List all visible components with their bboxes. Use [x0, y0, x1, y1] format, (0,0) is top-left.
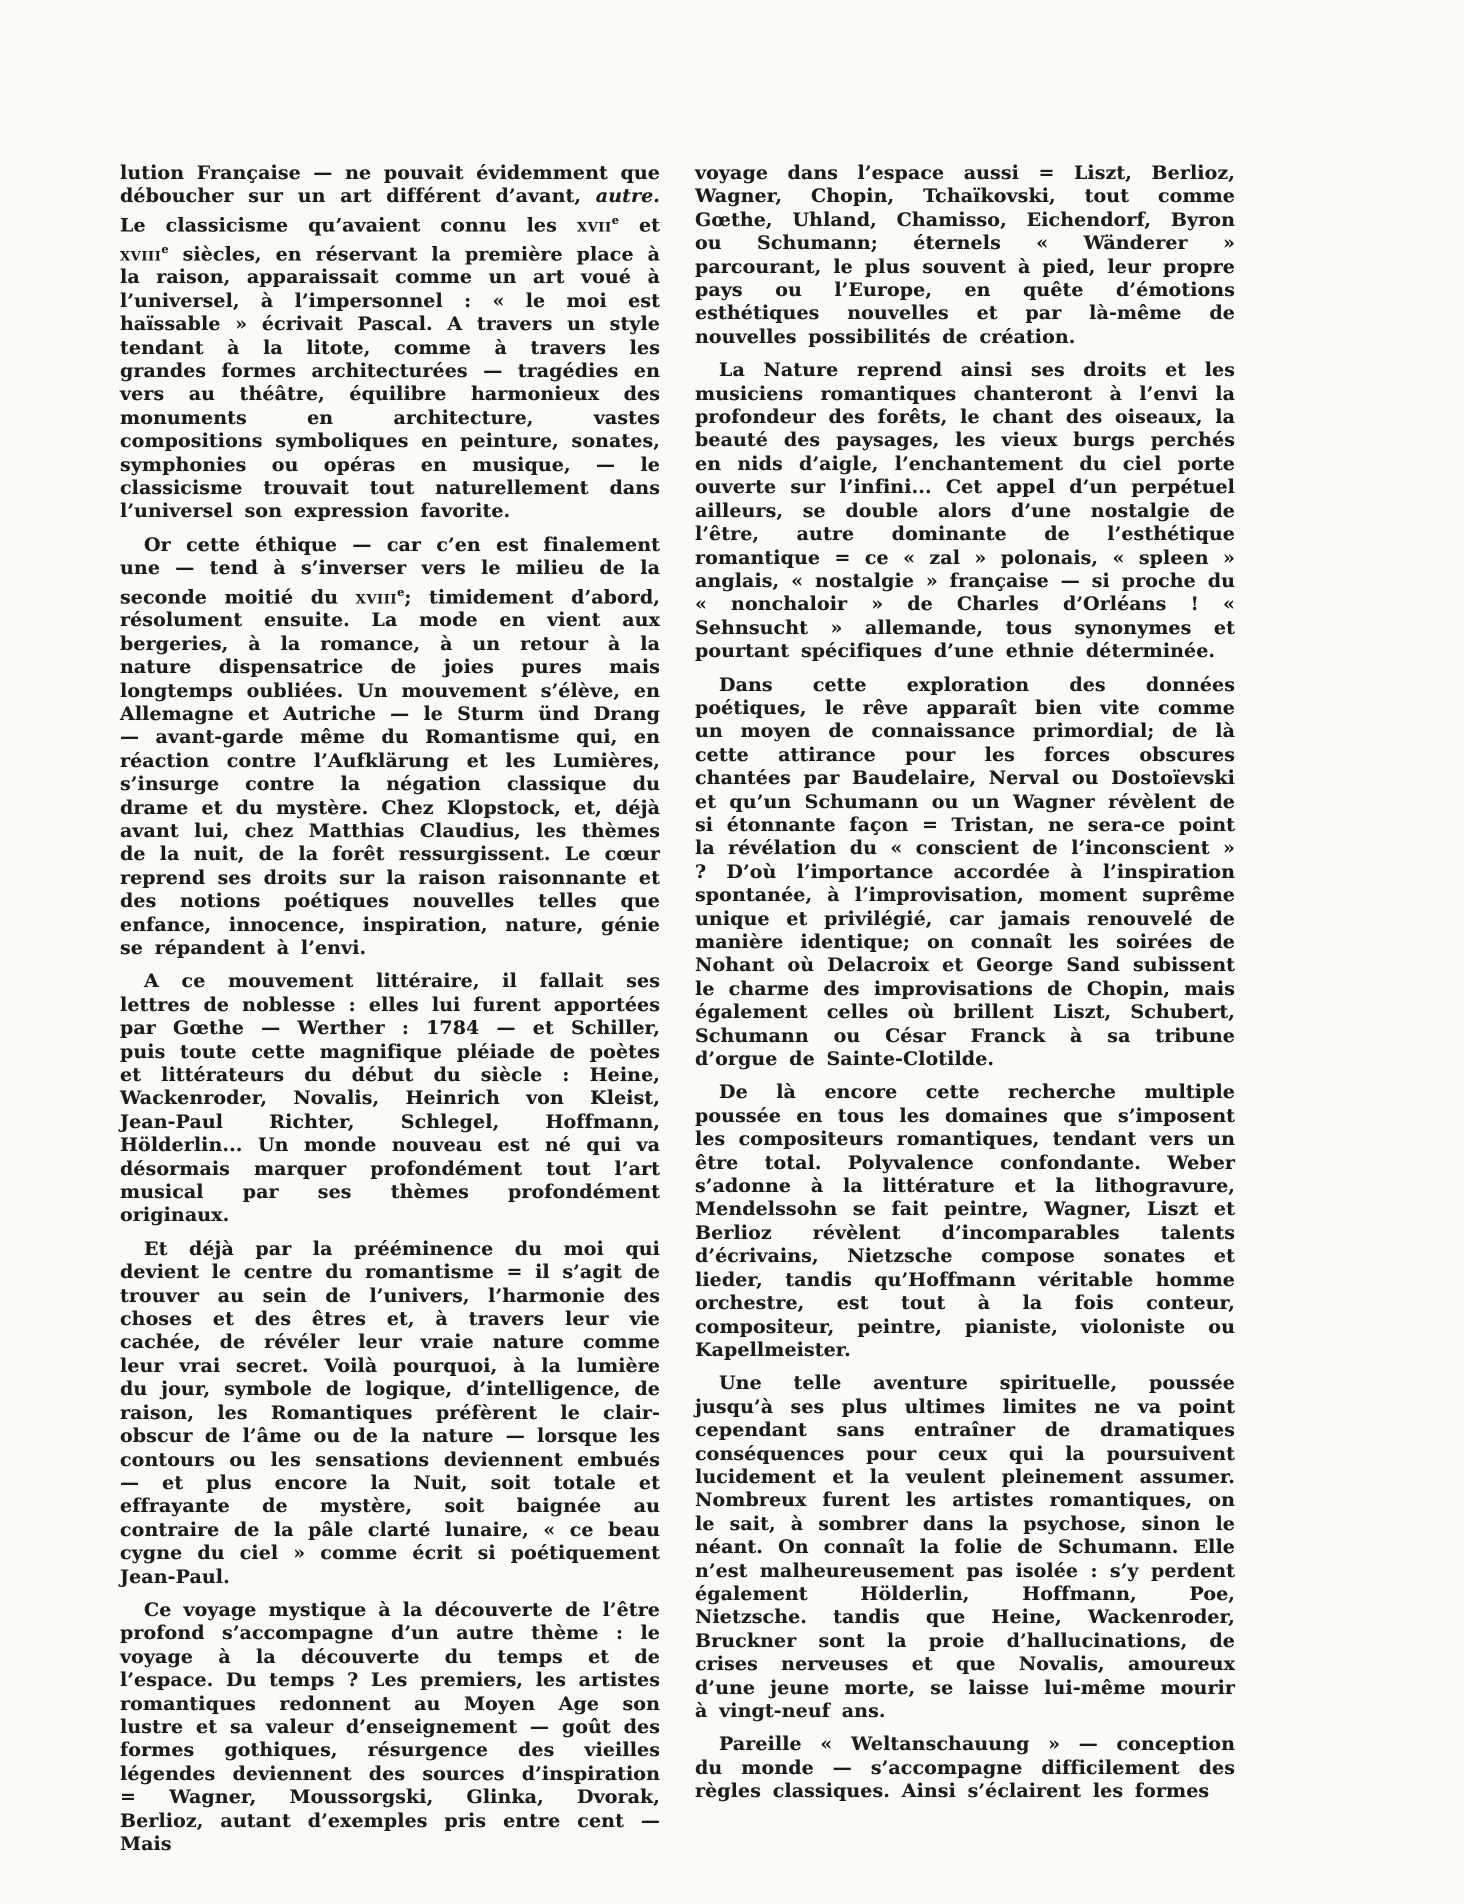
text-run: lution Française — ne pouvait évidemment…	[120, 162, 660, 207]
text-run: La Nature reprend ainsi ses droits et le…	[695, 359, 1235, 662]
text-run: siècles, en réservant la première place …	[120, 243, 660, 522]
text-run: Pareille « Weltanschauung » — conception…	[695, 1733, 1235, 1802]
paragraph: Pareille « Weltanschauung » — conception…	[695, 1733, 1235, 1803]
text-run: Dans cette exploration des données poéti…	[695, 674, 1235, 1071]
paragraph: La Nature reprend ainsi ses droits et le…	[695, 359, 1235, 663]
paragraph: Or cette éthique — car c’en est finaleme…	[120, 534, 660, 961]
text-run: Le classicisme qu’avaient connu les	[120, 214, 577, 236]
text-run: ; timidement d’abord, résolument ensuite…	[120, 586, 660, 959]
text-run: voyage dans l’espace aussi = Liszt, Berl…	[695, 162, 1235, 348]
text-run-sup: e	[612, 213, 619, 227]
paragraph: A ce mouvement littéraire, il fallait se…	[120, 970, 660, 1227]
text-columns: lution Française — ne pouvait évidemment…	[120, 162, 1235, 1866]
paragraph: Ce voyage mystique à la découverte de l’…	[120, 1599, 660, 1856]
column-right: voyage dans l’espace aussi = Liszt, Berl…	[695, 162, 1235, 1866]
paragraph: lution Française — ne pouvait évidemment…	[120, 162, 660, 524]
paragraph: De là encore cette recherche multiple po…	[695, 1081, 1235, 1362]
document-page: lution Française — ne pouvait évidemment…	[0, 0, 1464, 1904]
text-run: et	[619, 214, 660, 236]
column-left: lution Française — ne pouvait évidemment…	[120, 162, 660, 1866]
text-run-sup: e	[161, 242, 168, 256]
text-run: A ce mouvement littéraire, il fallait se…	[120, 970, 660, 1226]
paragraph: Et déjà par la prééminence du moi qui de…	[120, 1238, 660, 1589]
text-run: Ce voyage mystique à la découverte de l’…	[120, 1599, 660, 1855]
text-run-smallcaps: xvii	[577, 214, 612, 236]
text-run: Et déjà par la prééminence du moi qui de…	[120, 1238, 660, 1588]
paragraph: Une telle aventure spirituelle, poussée …	[695, 1372, 1235, 1723]
text-run-italic: autre.	[596, 185, 660, 207]
text-run: Une telle aventure spirituelle, poussée …	[695, 1372, 1235, 1722]
paragraph: voyage dans l’espace aussi = Liszt, Berl…	[695, 162, 1235, 349]
text-run-smallcaps: xviii	[356, 586, 397, 608]
paragraph: Dans cette exploration des données poéti…	[695, 674, 1235, 1072]
text-run: De là encore cette recherche multiple po…	[695, 1081, 1235, 1360]
text-run-smallcaps: xviii	[120, 243, 161, 265]
